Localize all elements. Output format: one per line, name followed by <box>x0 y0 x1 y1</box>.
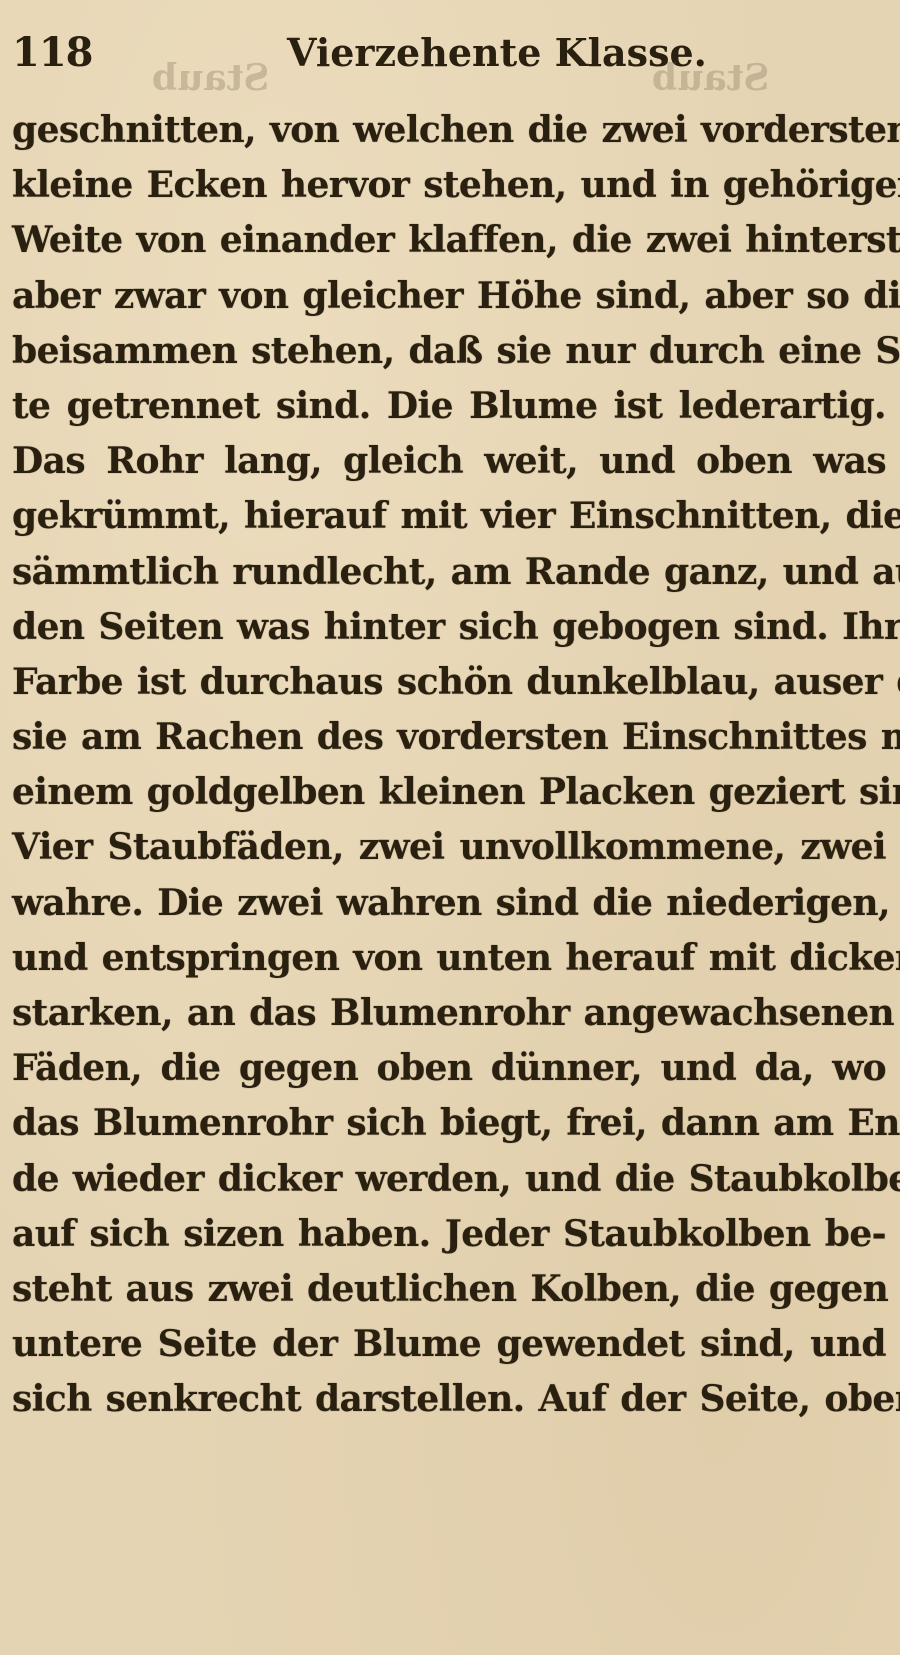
body-text: geschnitten, von welchen die zwei vorder… <box>12 103 886 1428</box>
text-line: Vier Staubfäden, zwei unvollkommene, zwe… <box>12 820 886 875</box>
bleed-through-text-left: Staub <box>152 58 269 98</box>
text-line: te getrennet sind. Die Blume ist lederar… <box>12 379 886 434</box>
text-line: sich senkrecht darstellen. Auf der Seite… <box>12 1372 886 1427</box>
text-line: das Blumenrohr sich biegt, frei, dann am… <box>12 1096 886 1151</box>
text-line: gekrümmt, hierauf mit vier Einschnitten,… <box>12 489 886 544</box>
text-line: untere Seite der Blume gewendet sind, un… <box>12 1317 886 1372</box>
text-line: sämmtlich rundlecht, am Rande ganz, und … <box>12 545 886 600</box>
text-line: starken, an das Blumenrohr angewachsenen <box>12 986 886 1041</box>
text-line: Fäden, die gegen oben dünner, und da, wo <box>12 1041 886 1096</box>
text-line: beisammen stehen, daß sie nur durch eine… <box>12 324 886 379</box>
text-line: geschnitten, von welchen die zwei vorder… <box>12 103 886 158</box>
text-line: einem goldgelben kleinen Placken geziert… <box>12 765 886 820</box>
text-line: steht aus zwei deutlichen Kolben, die ge… <box>12 1262 886 1317</box>
text-line: wahre. Die zwei wahren sind die niederig… <box>12 876 886 931</box>
bleed-through-text-right: Staub <box>652 58 769 98</box>
text-line: auf sich sizen haben. Jeder Staubkolben … <box>12 1207 886 1262</box>
text-line: sie am Rachen des vordersten Einschnitte… <box>12 710 886 765</box>
page-header: 118 Staub Vierzehente Klasse. Staub <box>12 28 872 78</box>
book-page: 118 Staub Vierzehente Klasse. Staub gesc… <box>0 0 900 1655</box>
text-line: Weite von einander klaffen, die zwei hin… <box>12 213 886 268</box>
running-head-title: Vierzehente Klasse. <box>287 28 707 78</box>
text-line: den Seiten was hinter sich gebogen sind.… <box>12 600 886 655</box>
text-line: de wieder dicker werden, und die Staubko… <box>12 1152 886 1207</box>
page-number: 118 <box>12 28 93 78</box>
text-line: und entspringen von unten herauf mit dic… <box>12 931 886 986</box>
text-line: aber zwar von gleicher Höhe sind, aber s… <box>12 269 886 324</box>
text-line: Das Rohr lang, gleich weit, und oben was <box>12 434 886 489</box>
text-line: Farbe ist durchaus schön dunkelblau, aus… <box>12 655 886 710</box>
text-line: kleine Ecken hervor stehen, und in gehör… <box>12 158 886 213</box>
